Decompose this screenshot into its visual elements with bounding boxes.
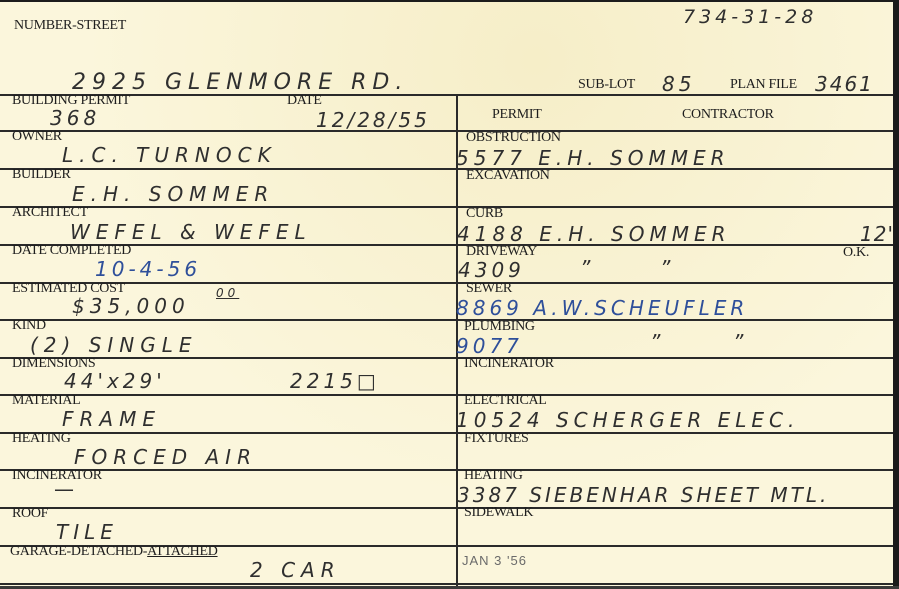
electrical-value: 10524 SCHERGER ELEC.	[456, 408, 799, 432]
sewer-label: SEWER	[466, 281, 512, 297]
heating-value: FORCED AIR	[74, 445, 257, 469]
electrical-label: ELECTRICAL	[464, 393, 547, 409]
plan-file-value: 3461	[815, 72, 874, 96]
rule-line	[0, 394, 893, 396]
curb-value: 4188 E.H. SOMMER	[457, 222, 731, 246]
rule-line	[0, 583, 893, 585]
driveway-ditto-1: ”	[580, 256, 594, 280]
material-value: FRAME	[62, 407, 161, 431]
obstruction-value: 5577 E.H. SOMMER	[456, 146, 730, 170]
garage-value: 2 CAR	[250, 558, 341, 582]
estimated-cost-value: $35,000	[72, 294, 190, 318]
number-street-value: 2925 GLENMORE RD.	[72, 70, 408, 95]
architect-label: ARCHITECT	[12, 205, 88, 221]
incinerator-value: —	[54, 477, 78, 501]
card-id: 734-31-28	[683, 6, 817, 28]
sub-lot-label: SUB-LOT	[578, 77, 635, 93]
owner-label: OWNER	[12, 129, 62, 145]
rule-line	[0, 94, 893, 96]
owner-value: L.C. TURNOCK	[62, 143, 277, 167]
architect-value: WEFEL & WEFEL	[70, 220, 312, 244]
obstruction-label: OBSTRUCTION	[466, 130, 561, 146]
kind-value: (2) SINGLE	[30, 333, 198, 357]
right-incinerator-label: INCINERATOR	[464, 356, 554, 372]
rule-line	[0, 244, 893, 246]
roof-value: TILE	[56, 520, 118, 544]
building-permit-value: 368	[50, 106, 100, 130]
rule-line	[0, 282, 893, 284]
driveway-ditto-2: ”	[660, 256, 674, 280]
rule-line	[0, 130, 893, 132]
kind-label: KIND	[12, 318, 46, 334]
plumbing-ditto-2: ”	[733, 330, 747, 354]
rule-line	[0, 469, 893, 471]
rule-line	[0, 319, 893, 321]
sewer-value: 8869 A.W.SCHEUFLER	[456, 296, 748, 320]
date-stamp: JAN 3 '56	[462, 553, 527, 568]
roof-label: ROOF	[12, 506, 48, 522]
rule-line	[0, 168, 893, 170]
builder-label: BUILDER	[12, 167, 71, 183]
fixtures-label: FIXTURES	[464, 431, 529, 447]
plan-file-label: PLAN FILE	[730, 77, 797, 93]
plumbing-permit: 9077	[456, 334, 523, 358]
excavation-label: EXCAVATION	[466, 168, 550, 184]
permit-column-header: PERMIT	[492, 107, 542, 123]
curb-label: CURB	[466, 206, 503, 222]
dimensions-value: 44'x29'	[64, 369, 166, 393]
sub-lot-value: 85	[662, 72, 695, 96]
permit-date-value: 12/28/55	[316, 108, 430, 132]
sidewalk-label: SIDEWALK	[464, 505, 533, 521]
curb-note: 12'	[860, 222, 894, 246]
heating-label: HEATING	[12, 431, 71, 447]
plumbing-ditto-1: ”	[650, 330, 664, 354]
garage-label-attached: ATTACHED	[147, 544, 217, 559]
number-street-label: NUMBER-STREET	[14, 18, 126, 34]
driveway-permit: 4309	[458, 258, 525, 282]
rule-line	[0, 206, 893, 208]
estimated-cost-cents: 00	[216, 286, 239, 300]
garage-label: GARAGE-DETACHED-ATTACHED	[10, 544, 218, 560]
date-label: DATE	[287, 93, 322, 109]
rule-line	[0, 357, 893, 359]
contractor-column-header: CONTRACTOR	[682, 107, 774, 123]
dimensions-area: 2215□	[290, 369, 380, 393]
right-heating-value: 3387 SIEBENHAR SHEET MTL.	[457, 483, 829, 507]
rule-line	[0, 432, 893, 434]
builder-value: E.H. SOMMER	[72, 182, 274, 206]
rule-line	[0, 507, 893, 509]
driveway-ok: O.K.	[843, 245, 869, 261]
plumbing-label: PLUMBING	[464, 319, 535, 335]
date-completed-value: 10-4-56	[95, 257, 201, 281]
card-edge	[893, 0, 899, 589]
permit-card: NUMBER-STREET 734-31-28 2925 GLENMORE RD…	[0, 0, 893, 588]
garage-label-prefix: GARAGE-DETACHED-	[10, 544, 147, 559]
right-heating-label: HEATING	[464, 468, 523, 484]
